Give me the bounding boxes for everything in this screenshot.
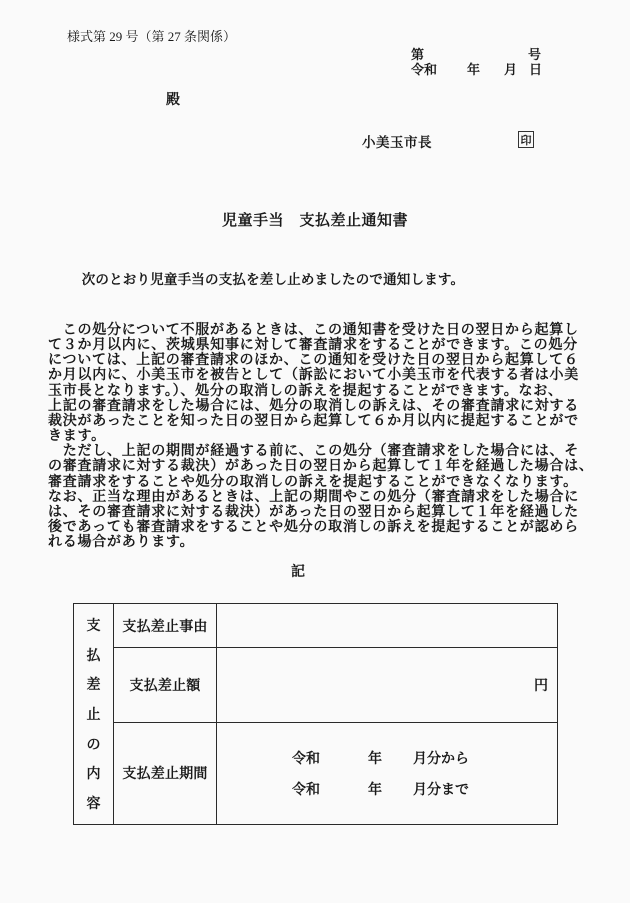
row-label-amount: 支払差止額 — [114, 648, 217, 722]
addressee-honorific: 殿 — [166, 89, 180, 109]
amount-unit-label: 円 — [534, 679, 548, 694]
period-to-line: 令和 年 月分まで — [292, 779, 557, 799]
table-group-label: 支 払 差 止 の 内 容 — [74, 615, 113, 813]
issue-date-era: 令和 — [411, 59, 437, 78]
record-marker: 記 — [0, 561, 596, 581]
period-to-era: 令和 — [292, 779, 320, 799]
period-value-cell: 令和 年 月分から 令和 年 月分まで — [217, 722, 558, 824]
form-number-note: 様式第 29 号（第 27 条関係） — [67, 26, 236, 45]
row-label-reason: 支払差止事由 — [114, 604, 217, 648]
document-page: 様式第 29 号（第 27 条関係） 第 号 令和 年 月 日 殿 小美玉市長 … — [0, 0, 630, 903]
issue-date-month-label: 月 — [504, 59, 517, 78]
sender-name: 小美玉市長 — [362, 131, 432, 151]
period-to-month-label: 月分まで — [413, 779, 469, 799]
table-row-period: 支払差止期間 令和 年 月分から 令和 年 月分まで — [74, 722, 558, 824]
amount-value-cell: 円 — [217, 648, 558, 722]
period-from-line: 令和 年 月分から — [292, 748, 557, 768]
period-to-year-label: 年 — [368, 779, 382, 799]
table-row-reason: 支 払 差 止 の 内 容 支払差止事由 — [74, 604, 558, 648]
appeal-rights-paragraph: この処分について不服があるときは、この通知書を受けた日の翌日から起算し て３か月… — [48, 323, 600, 550]
issue-date-day-label: 日 — [529, 59, 542, 78]
issue-date-year-label: 年 — [467, 59, 480, 78]
suspension-details-table: 支 払 差 止 の 内 容 支払差止事由 支払差止額 円 支払差止期間 — [73, 603, 558, 825]
page-title: 児童手当 支払差止通知書 — [0, 209, 630, 230]
period-from-month-label: 月分から — [413, 748, 469, 768]
seal-mark: 印 — [518, 131, 534, 148]
period-from-year-label: 年 — [368, 748, 382, 768]
row-label-period: 支払差止期間 — [114, 722, 217, 824]
table-group-label-cell: 支 払 差 止 の 内 容 — [74, 604, 114, 825]
intro-sentence: 次のとおり児童手当の支払を差し止めましたので通知します。 — [68, 268, 464, 288]
period-from-era: 令和 — [292, 748, 320, 768]
table-row-amount: 支払差止額 円 — [74, 648, 558, 722]
reason-value-cell — [217, 604, 558, 648]
